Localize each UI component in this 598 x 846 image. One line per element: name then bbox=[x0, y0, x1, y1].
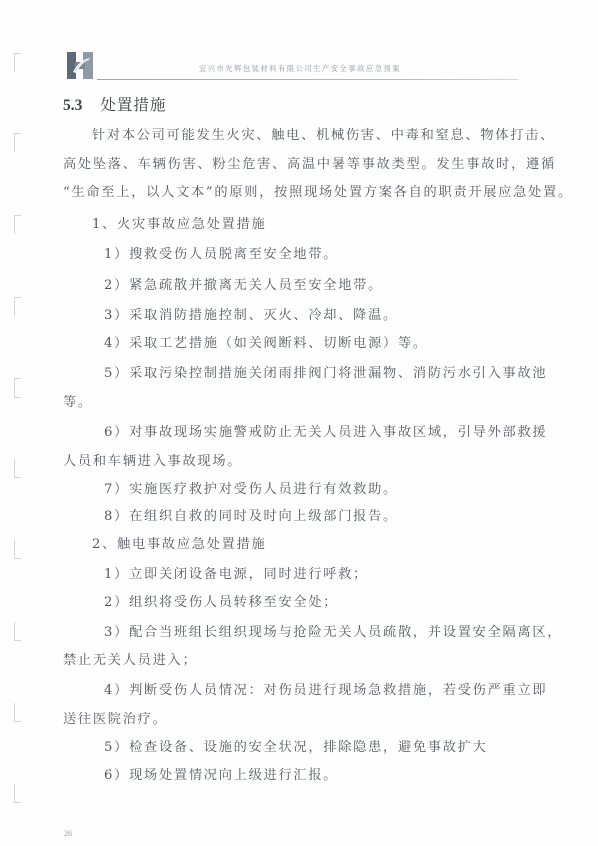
list-item: 8）在组织自救的同时及时向上级部门报告。 bbox=[104, 505, 398, 524]
binding-mark bbox=[14, 378, 21, 398]
header-divider bbox=[97, 79, 518, 80]
binding-mark bbox=[14, 622, 21, 641]
binding-mark bbox=[14, 784, 21, 803]
list-item: 7）实施医疗救护对受伤人员进行有效救助。 bbox=[104, 478, 398, 497]
paragraph-line: “生命至上，以人文本”的原则，按照现场处置方案各自的职责开展应急处置。 bbox=[63, 181, 573, 200]
list-item-continuation: 等。 bbox=[63, 391, 93, 410]
binding-mark bbox=[14, 53, 21, 72]
page-number: 26 bbox=[64, 829, 72, 838]
company-logo-icon bbox=[67, 52, 93, 79]
list-item: 5）采取污染控制措施关闭雨排阀门将泄漏物、消防污水引入事故池 bbox=[104, 362, 547, 381]
list-item-continuation: 人员和车辆进入事故现场。 bbox=[63, 450, 242, 469]
list-item: 1）搜救受伤人员脱离至安全地带。 bbox=[104, 243, 338, 262]
list-item: 3）采取消防措施控制、灭火、冷却、降温。 bbox=[104, 304, 398, 323]
list-item: 4）采取工艺措施（如关阀断料、切断电源）等。 bbox=[104, 332, 428, 351]
document-page: 宜兴市光辉包装材料有限公司生产安全事故应急预案 5.3处置措施 针对本公司可能发… bbox=[0, 0, 598, 846]
list-item-continuation: 送往医院治疗。 bbox=[63, 708, 168, 727]
section-heading: 5.3处置措施 bbox=[63, 93, 166, 115]
binding-mark bbox=[14, 540, 21, 559]
paragraph-line: 高处坠落、车辆伤害、粉尘危害、高温中暑等事故类型。发生事故时，遵循 bbox=[63, 153, 556, 172]
list-item: 2）组织将受伤人员转移至安全处； bbox=[104, 591, 338, 610]
binding-mark bbox=[14, 133, 21, 152]
binding-mark bbox=[14, 459, 21, 478]
list-item: 5）检查设备、设施的安全状况，排除隐患，避免事故扩大 bbox=[104, 736, 488, 755]
binding-mark bbox=[14, 215, 21, 234]
list-item: 6）现场处置情况向上级进行汇报。 bbox=[104, 764, 338, 783]
section-title: 处置措施 bbox=[100, 96, 166, 114]
list-item: 2）紧急疏散并撤离无关人员至安全地带。 bbox=[104, 274, 383, 293]
paragraph-line: 针对本公司可能发生火灾、触电、机械伤害、中毒和窒息、物体打击、 bbox=[92, 124, 555, 143]
subsection-title-electric-shock: 2、触电事故应急处置措施 bbox=[92, 533, 266, 552]
header-title: 宜兴市光辉包装材料有限公司生产安全事故应急预案 bbox=[180, 64, 420, 74]
section-number: 5.3 bbox=[63, 97, 82, 114]
list-item: 3）配合当班组长组织现场与抢险无关人员疏散，并设置安全隔离区， bbox=[104, 621, 562, 640]
binding-mark bbox=[14, 703, 21, 722]
list-item: 4）判断受伤人员情况：对伤员进行现场急救措施，若受伤严重立即 bbox=[104, 679, 547, 698]
list-item: 6）对事故现场实施警戒防止无关人员进入事故区域，引导外部救援 bbox=[104, 421, 547, 440]
list-item-continuation: 禁止无关人员进入； bbox=[63, 649, 197, 668]
subsection-title-fire: 1、火灾事故应急处置措施 bbox=[92, 213, 266, 232]
list-item: 1）立即关闭设备电源，同时进行呼救； bbox=[104, 563, 368, 582]
binding-mark bbox=[14, 297, 21, 316]
